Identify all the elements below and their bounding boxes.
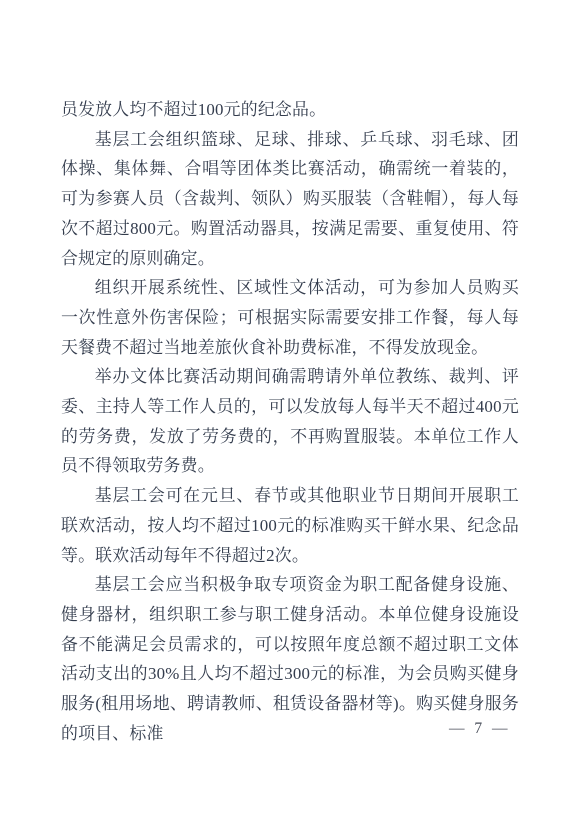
document-body: 员发放人均不超过100元的纪念品。基层工会组织篮球、足球、排球、乒乓球、羽毛球、… <box>61 95 519 748</box>
page-number: — 7 — <box>449 720 511 738</box>
paragraph: 举办文体比赛活动期间确需聘请外单位教练、裁判、评委、主持人等工作人员的，可以发放… <box>61 362 519 481</box>
document-page: 员发放人均不超过100元的纪念品。基层工会组织篮球、足球、排球、乒乓球、羽毛球、… <box>0 0 577 815</box>
paragraph: 基层工会组织篮球、足球、排球、乒乓球、羽毛球、团体操、集体舞、合唱等团体类比赛活… <box>61 125 519 274</box>
paragraph: 员发放人均不超过100元的纪念品。 <box>61 95 519 125</box>
paragraph: 基层工会可在元旦、春节或其他职业节日期间开展职工联欢活动，按人均不超过100元的… <box>61 481 519 570</box>
paragraph: 组织开展系统性、区域性文体活动，可为参加人员购买一次性意外伤害保险；可根据实际需… <box>61 273 519 362</box>
